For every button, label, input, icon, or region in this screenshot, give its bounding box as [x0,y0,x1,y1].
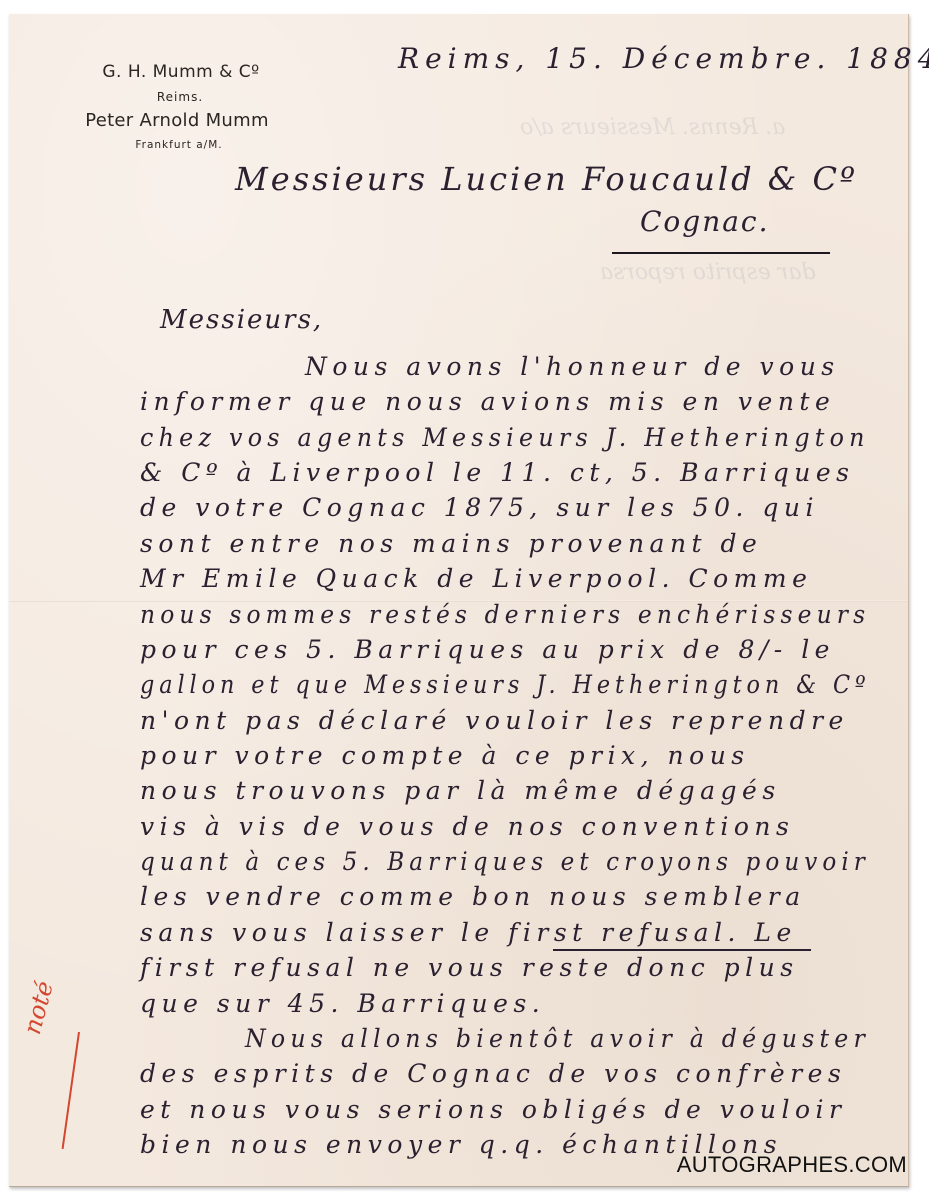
body-line: nous trouvons par là même dégagés [140,776,781,805]
body-line: Nous allons bientôt avoir à déguster [245,1024,870,1053]
body-line: first refusal ne vous reste donc plus [140,953,799,982]
ink-bleed-through: a. Renns. Messieurs a/o [520,115,785,140]
body-line: informer que nous avions mis en vente [140,387,835,416]
body-line: chez vos agents Messieurs J. Hetheringto… [140,423,870,452]
body-line: gallon et que Messieurs J. Hetherington … [140,670,870,699]
watermark: AUTOGRAPHES.COM [677,1152,907,1178]
body-line: vis à vis de vous de nos conventions [140,812,794,841]
recipient-underline [612,252,830,254]
dateline: Reims, 15. Décembre. 1884. [398,42,929,75]
letterhead-firm: G. H. Mumm & Cº [70,62,292,82]
body-line: n'ont pas déclaré vouloir les reprendre [140,706,849,735]
body-line: nous sommes restés derniers enchérisseur… [140,600,870,629]
body-line: & Cº à Liverpool le 11. ct, 5. Barriques [140,458,854,487]
letterhead-name-city: Frankfurt a/M. [66,139,292,151]
body-line: et nous vous serions obligés de vouloir [140,1095,847,1124]
body-line: sont entre nos mains provenant de [140,529,762,558]
first-refusal-underline [553,949,811,951]
letterhead-name: Peter Arnold Mumm [62,110,292,131]
recipient-line1: Messieurs Lucien Foucauld & Cº [235,160,858,198]
letterhead-firm-city: Reims. [68,90,292,104]
body-line: que sur 45. Barriques. [140,989,545,1018]
ink-bleed-through: dar esprito reporsa [600,260,816,285]
letterhead: G. H. Mumm & Cº Reims. Peter Arnold Mumm… [62,62,292,151]
body-line: pour votre compte à ce prix, nous [140,741,750,770]
body-line: les vendre comme bon nous semblera [140,882,806,911]
body-line: Mr Emile Quack de Liverpool. Comme [140,564,812,593]
body-line: sans vous laisser le first refusal. Le [140,918,797,947]
body-line: quant à ces 5. Barriques et croyons pouv… [140,847,870,876]
recipient-line2: Cognac. [640,205,770,238]
salutation: Messieurs, [160,305,323,335]
body-line: Nous avons l'honneur de vous [305,352,840,381]
body-line: pour ces 5. Barriques au prix de 8/- le [140,635,835,664]
body-line: des esprits de Cognac de vos confrères [140,1059,846,1088]
body-line: de votre Cognac 1875, sur les 50. qui [140,493,819,522]
